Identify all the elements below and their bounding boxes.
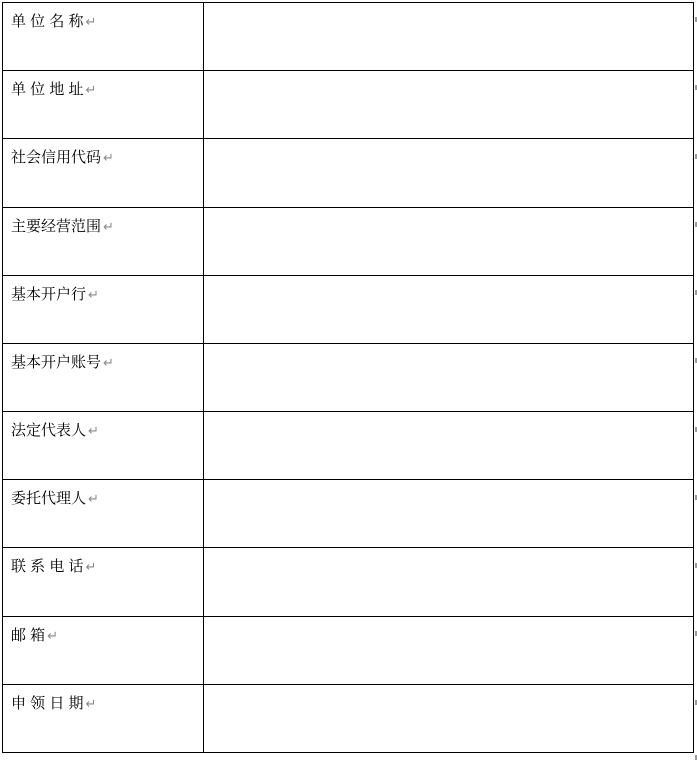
table-row: 基本开户行↵: [3, 275, 694, 343]
application-form-table: 单 位 名 称↵ 单 位 地 址↵ 社会信用代码↵ 主要经营范围↵ 基本开户行↵: [2, 2, 694, 753]
field-value-cell[interactable]: [204, 207, 694, 275]
return-mark-icon: ↵: [88, 424, 99, 439]
field-label-cell: 单 位 地 址↵: [3, 71, 204, 139]
field-label-cell: 申 领 日 期↵: [3, 684, 204, 752]
field-label: 联 系 电 话: [11, 558, 84, 575]
table-row: 主要经营范围↵: [3, 207, 694, 275]
table-row: 法定代表人↵: [3, 412, 694, 480]
table-row: 委托代理人↵: [3, 480, 694, 548]
return-mark-icon: ↵: [88, 288, 99, 303]
field-label: 基本开户行: [11, 286, 86, 303]
field-label-cell: 邮 箱↵: [3, 616, 204, 684]
return-mark-icon: ↵: [86, 560, 97, 575]
field-label-cell: 联 系 电 话↵: [3, 548, 204, 616]
field-value-cell[interactable]: [204, 616, 694, 684]
field-value-cell[interactable]: [204, 3, 694, 71]
return-mark-icon: ↵: [86, 15, 97, 30]
field-value-cell[interactable]: [204, 412, 694, 480]
table-row: 联 系 电 话↵: [3, 548, 694, 616]
table-row: 单 位 名 称↵: [3, 3, 694, 71]
table-row: 基本开户账号↵: [3, 343, 694, 411]
field-value-cell[interactable]: [204, 548, 694, 616]
return-mark-icon: ↵: [47, 629, 58, 644]
field-label: 社会信用代码: [11, 149, 101, 166]
field-value-cell[interactable]: [204, 71, 694, 139]
field-label: 单 位 名 称: [11, 13, 84, 30]
field-label: 申 领 日 期: [11, 695, 84, 712]
table-row: 申 领 日 期↵: [3, 684, 694, 752]
return-mark-icon: ↵: [88, 492, 99, 507]
field-label: 单 位 地 址: [11, 81, 84, 98]
field-label: 法定代表人: [11, 422, 86, 439]
table-row: 单 位 地 址↵: [3, 71, 694, 139]
field-label-cell: 法定代表人↵: [3, 412, 204, 480]
field-label: 委托代理人: [11, 490, 86, 507]
field-value-cell[interactable]: [204, 275, 694, 343]
field-label: 邮 箱: [11, 627, 45, 644]
field-value-cell[interactable]: [204, 684, 694, 752]
table-row: 邮 箱↵: [3, 616, 694, 684]
field-value-cell[interactable]: [204, 343, 694, 411]
return-mark-icon: ↵: [86, 697, 97, 712]
field-label-cell: 主要经营范围↵: [3, 207, 204, 275]
document-page: 单 位 名 称↵ 单 位 地 址↵ 社会信用代码↵ 主要经营范围↵ 基本开户行↵: [0, 0, 697, 761]
field-label: 主要经营范围: [11, 218, 101, 235]
return-mark-icon: ↵: [103, 151, 114, 166]
return-mark-icon: ↵: [86, 83, 97, 98]
return-mark-icon: ↵: [103, 356, 114, 371]
field-value-cell[interactable]: [204, 139, 694, 207]
table-row: 社会信用代码↵: [3, 139, 694, 207]
form-table-body: 单 位 名 称↵ 单 位 地 址↵ 社会信用代码↵ 主要经营范围↵ 基本开户行↵: [3, 3, 694, 753]
field-label-cell: 社会信用代码↵: [3, 139, 204, 207]
field-label-cell: 基本开户账号↵: [3, 343, 204, 411]
field-label-cell: 单 位 名 称↵: [3, 3, 204, 71]
return-mark-icon: ↵: [103, 220, 114, 235]
field-value-cell[interactable]: [204, 480, 694, 548]
field-label-cell: 委托代理人↵: [3, 480, 204, 548]
field-label: 基本开户账号: [11, 354, 101, 371]
field-label-cell: 基本开户行↵: [3, 275, 204, 343]
